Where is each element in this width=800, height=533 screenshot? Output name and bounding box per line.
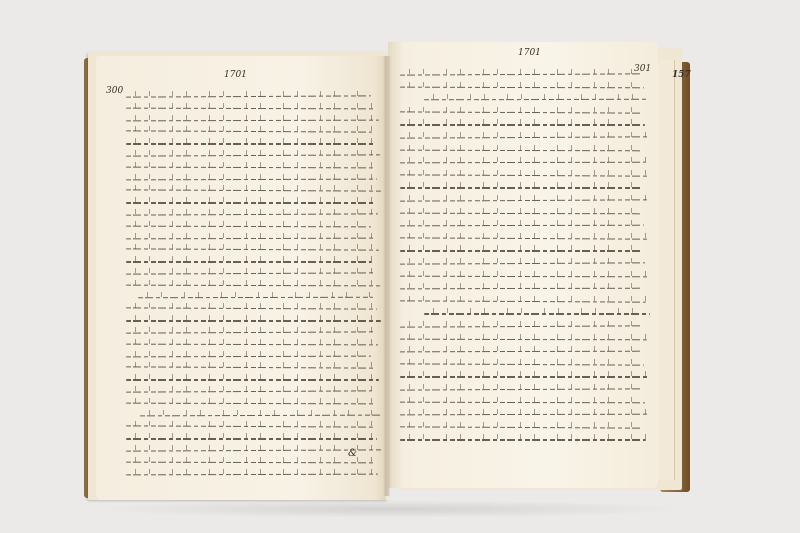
handwriting-ascenders <box>126 433 377 438</box>
handwriting-ascenders <box>126 115 379 120</box>
handwriting-ascenders <box>400 107 641 112</box>
handwritten-line <box>424 99 648 101</box>
handwritten-line <box>400 250 641 251</box>
handwriting-ascenders <box>126 469 378 474</box>
handwriting-ascenders <box>126 303 377 308</box>
handwriting-ascenders <box>424 94 648 99</box>
handwritten-line <box>400 187 643 188</box>
handwriting-ascenders <box>126 221 371 226</box>
handwriting-ascenders <box>424 308 650 313</box>
manuscript-page-left: 1701 300 & <box>96 56 386 500</box>
handwritten-line <box>126 202 374 203</box>
handwriting-ascenders <box>126 233 375 238</box>
handwritten-line <box>126 261 372 262</box>
handwriting-ascenders <box>126 327 374 332</box>
handwritten-line <box>424 313 650 314</box>
handwriting-ascenders <box>400 82 644 87</box>
handwriting-ascenders <box>126 280 380 285</box>
handwriting-ascenders <box>400 371 648 376</box>
handwriting-ascenders <box>126 256 372 261</box>
handwriting-ascenders <box>126 244 379 249</box>
handwriting-ascenders <box>126 150 380 155</box>
handwriting-ascenders <box>400 145 642 150</box>
handwriting-ascenders <box>400 422 642 427</box>
handwritten-line <box>126 438 377 439</box>
manuscript-page-right: 1701 301 <box>388 42 658 488</box>
year-header-left: 1701 <box>224 70 247 80</box>
handwriting-ascenders <box>140 410 380 415</box>
year-header-right: 1701 <box>518 48 541 58</box>
handwriting-ascenders <box>400 283 642 288</box>
handwriting-ascenders <box>400 334 647 339</box>
handwriting-ascenders <box>126 91 371 96</box>
handwriting-ascenders <box>400 384 641 389</box>
handwriting-ascenders <box>400 346 640 351</box>
handwriting-ascenders <box>126 185 381 190</box>
handwriting-ascenders <box>400 233 648 238</box>
handwritten-line <box>126 143 376 144</box>
handwriting-ascenders <box>400 182 643 187</box>
handwriting-ascenders <box>126 268 376 273</box>
handwritten-line <box>400 124 645 125</box>
handwriting-ascenders <box>400 69 640 74</box>
handwriting-ascenders <box>126 162 373 167</box>
handwriting-ascenders <box>126 374 379 379</box>
handwriting-ascenders <box>400 271 649 276</box>
handwriting-ascenders <box>126 445 381 450</box>
book-gutter <box>383 56 391 496</box>
handwriting-ascenders <box>126 362 375 367</box>
handwriting-ascenders <box>400 359 644 364</box>
handwriting-ascenders <box>400 119 645 124</box>
handwriting-ascenders <box>400 434 646 439</box>
handwriting-ascenders <box>400 208 640 213</box>
handwriting-ascenders <box>126 351 371 356</box>
handwriting-ascenders <box>400 258 645 263</box>
folio-number: 157 <box>672 70 691 80</box>
table-shadow <box>90 500 690 518</box>
handwriting-ascenders <box>126 209 378 214</box>
handwritten-line <box>400 376 648 377</box>
handwritten-line <box>126 320 381 321</box>
handwriting-ascenders <box>400 409 649 414</box>
handwriting-ascenders <box>400 157 646 162</box>
handwritten-line <box>126 379 379 380</box>
page-number-left: 300 <box>106 86 123 96</box>
handwriting-ascenders <box>126 315 381 320</box>
handwriting-ascenders <box>400 321 643 326</box>
handwritten-line <box>400 439 646 440</box>
handwriting-ascenders <box>138 292 373 297</box>
handwriting-ascenders <box>126 339 378 344</box>
handwriting-ascenders <box>400 245 641 250</box>
handwriting-ascenders <box>126 138 376 143</box>
handwriting-ascenders <box>126 421 373 426</box>
handwriting-ascenders <box>126 126 372 131</box>
handwriting-ascenders <box>126 398 376 403</box>
handwriting-ascenders <box>400 397 645 402</box>
handwriting-ascenders <box>400 170 650 175</box>
handwriting-ascenders <box>126 197 374 202</box>
handwriting-ascenders <box>400 195 647 200</box>
handwriting-ascenders <box>126 386 372 391</box>
handwriting-ascenders <box>126 103 375 108</box>
handwriting-ascenders <box>400 296 646 301</box>
handwriting-ascenders <box>400 132 649 137</box>
handwriting-ascenders <box>126 457 374 462</box>
handwriting-ascenders <box>126 174 377 179</box>
handwriting-ascenders <box>400 220 644 225</box>
